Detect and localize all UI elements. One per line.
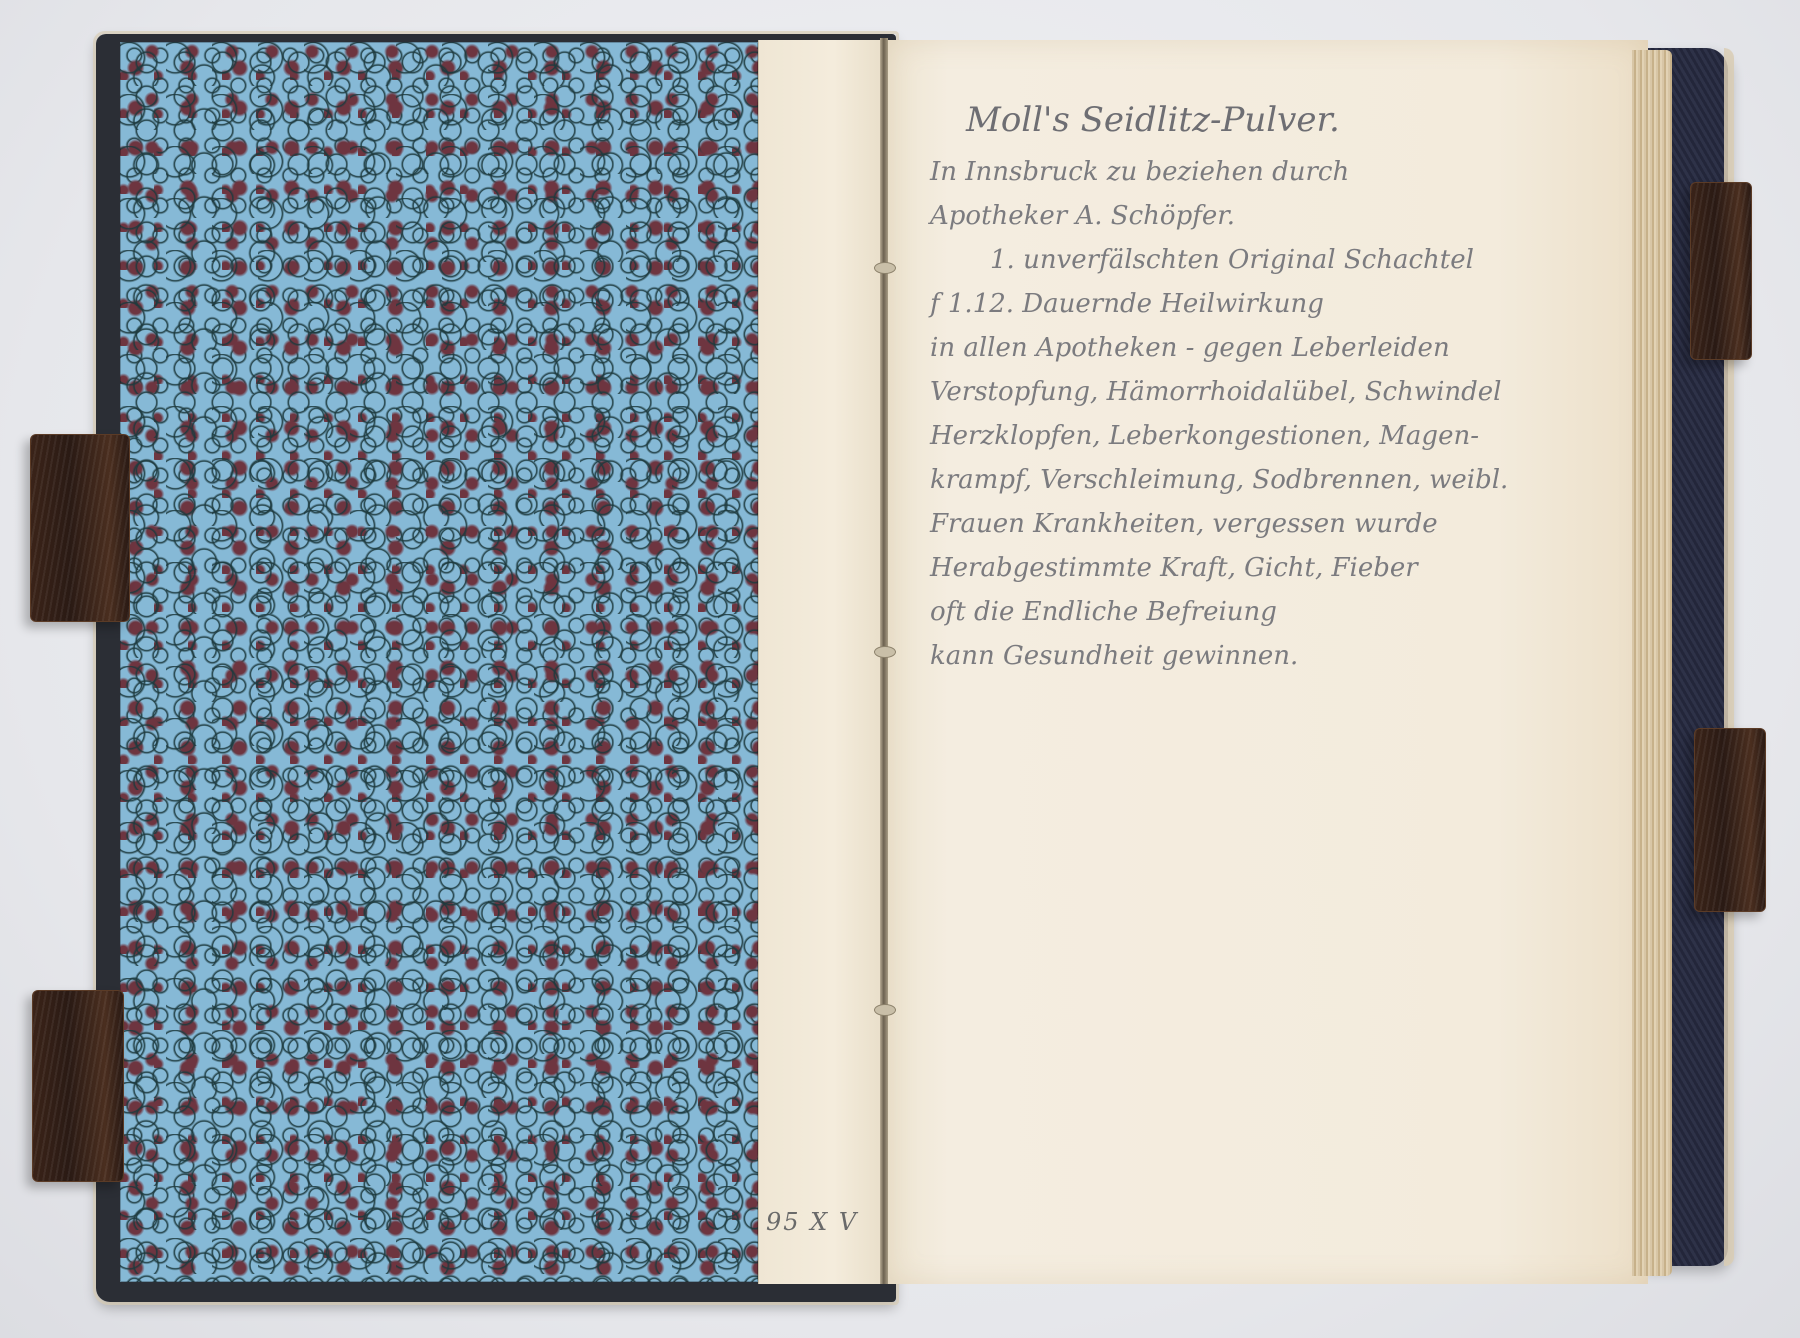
handwritten-note: Moll's Seidlitz-Pulver. In Innsbruck zu … [930,100,1630,678]
note-title: Moll's Seidlitz-Pulver. [966,100,1630,140]
leather-tab-left-lower [32,990,124,1182]
note-line: Herabgestimmte Kraft, Gicht, Fieber [930,546,1630,590]
stitch-knot [874,262,896,274]
stitch-knot [874,1004,896,1016]
note-line: 1. unverfälschten Original Schachtel [930,238,1630,282]
stitch-knot [874,646,896,658]
leather-tab-left-upper [30,434,130,622]
note-line: kann Gesundheit gewinnen. [930,634,1630,678]
note-line: Verstopfung, Hämorrhoidalübel, Schwindel [930,370,1630,414]
note-line: in allen Apotheken - gegen Leberleiden [930,326,1630,370]
note-line: Apotheker A. Schöpfer. [930,194,1630,238]
note-line: In Innsbruck zu beziehen durch [930,150,1630,194]
leather-tab-right-upper [1690,182,1752,360]
marbled-endpaper [120,42,758,1282]
note-line: Herzklopfen, Leberkongestionen, Magen- [930,414,1630,458]
note-line: f 1.12. Dauernde Heilwirkung [930,282,1630,326]
flyleaf-strip [758,40,883,1284]
leather-tab-right-lower [1694,728,1766,912]
note-line: krampf, Verschleimung, Sodbrennen, weibl… [930,458,1630,502]
page-block-edges [1632,50,1672,1276]
photo-background: 95 X V Moll's Seidlitz-Pulver. In Innsbr… [0,0,1800,1338]
note-line: oft die Endliche Befreiung [930,590,1630,634]
flyleaf-shelfmark: 95 X V [766,1208,858,1236]
note-line: Frauen Krankheiten, vergessen wurde [930,502,1630,546]
gutter-binding [880,38,888,1284]
